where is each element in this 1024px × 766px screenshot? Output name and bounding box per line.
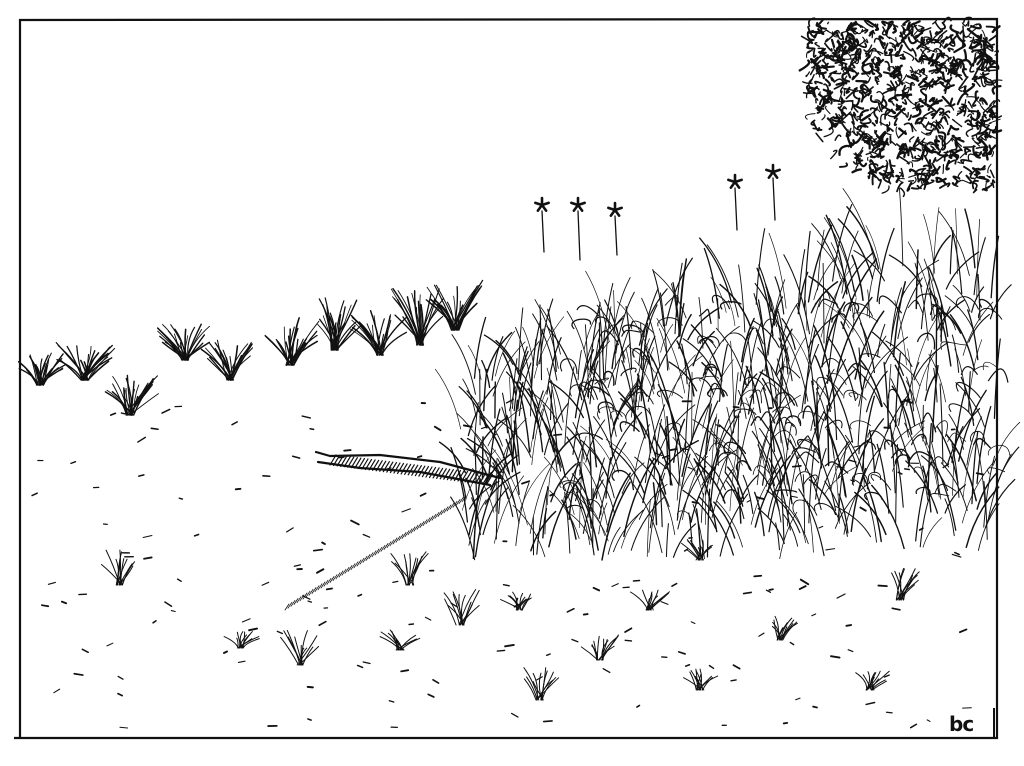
artist-signature: bc <box>949 712 973 736</box>
wildflowers <box>535 165 779 260</box>
bush-top-right <box>800 17 1002 196</box>
dune-drawing <box>0 0 1024 766</box>
dense-grass-right <box>435 188 1019 560</box>
signature-bar <box>993 708 995 738</box>
